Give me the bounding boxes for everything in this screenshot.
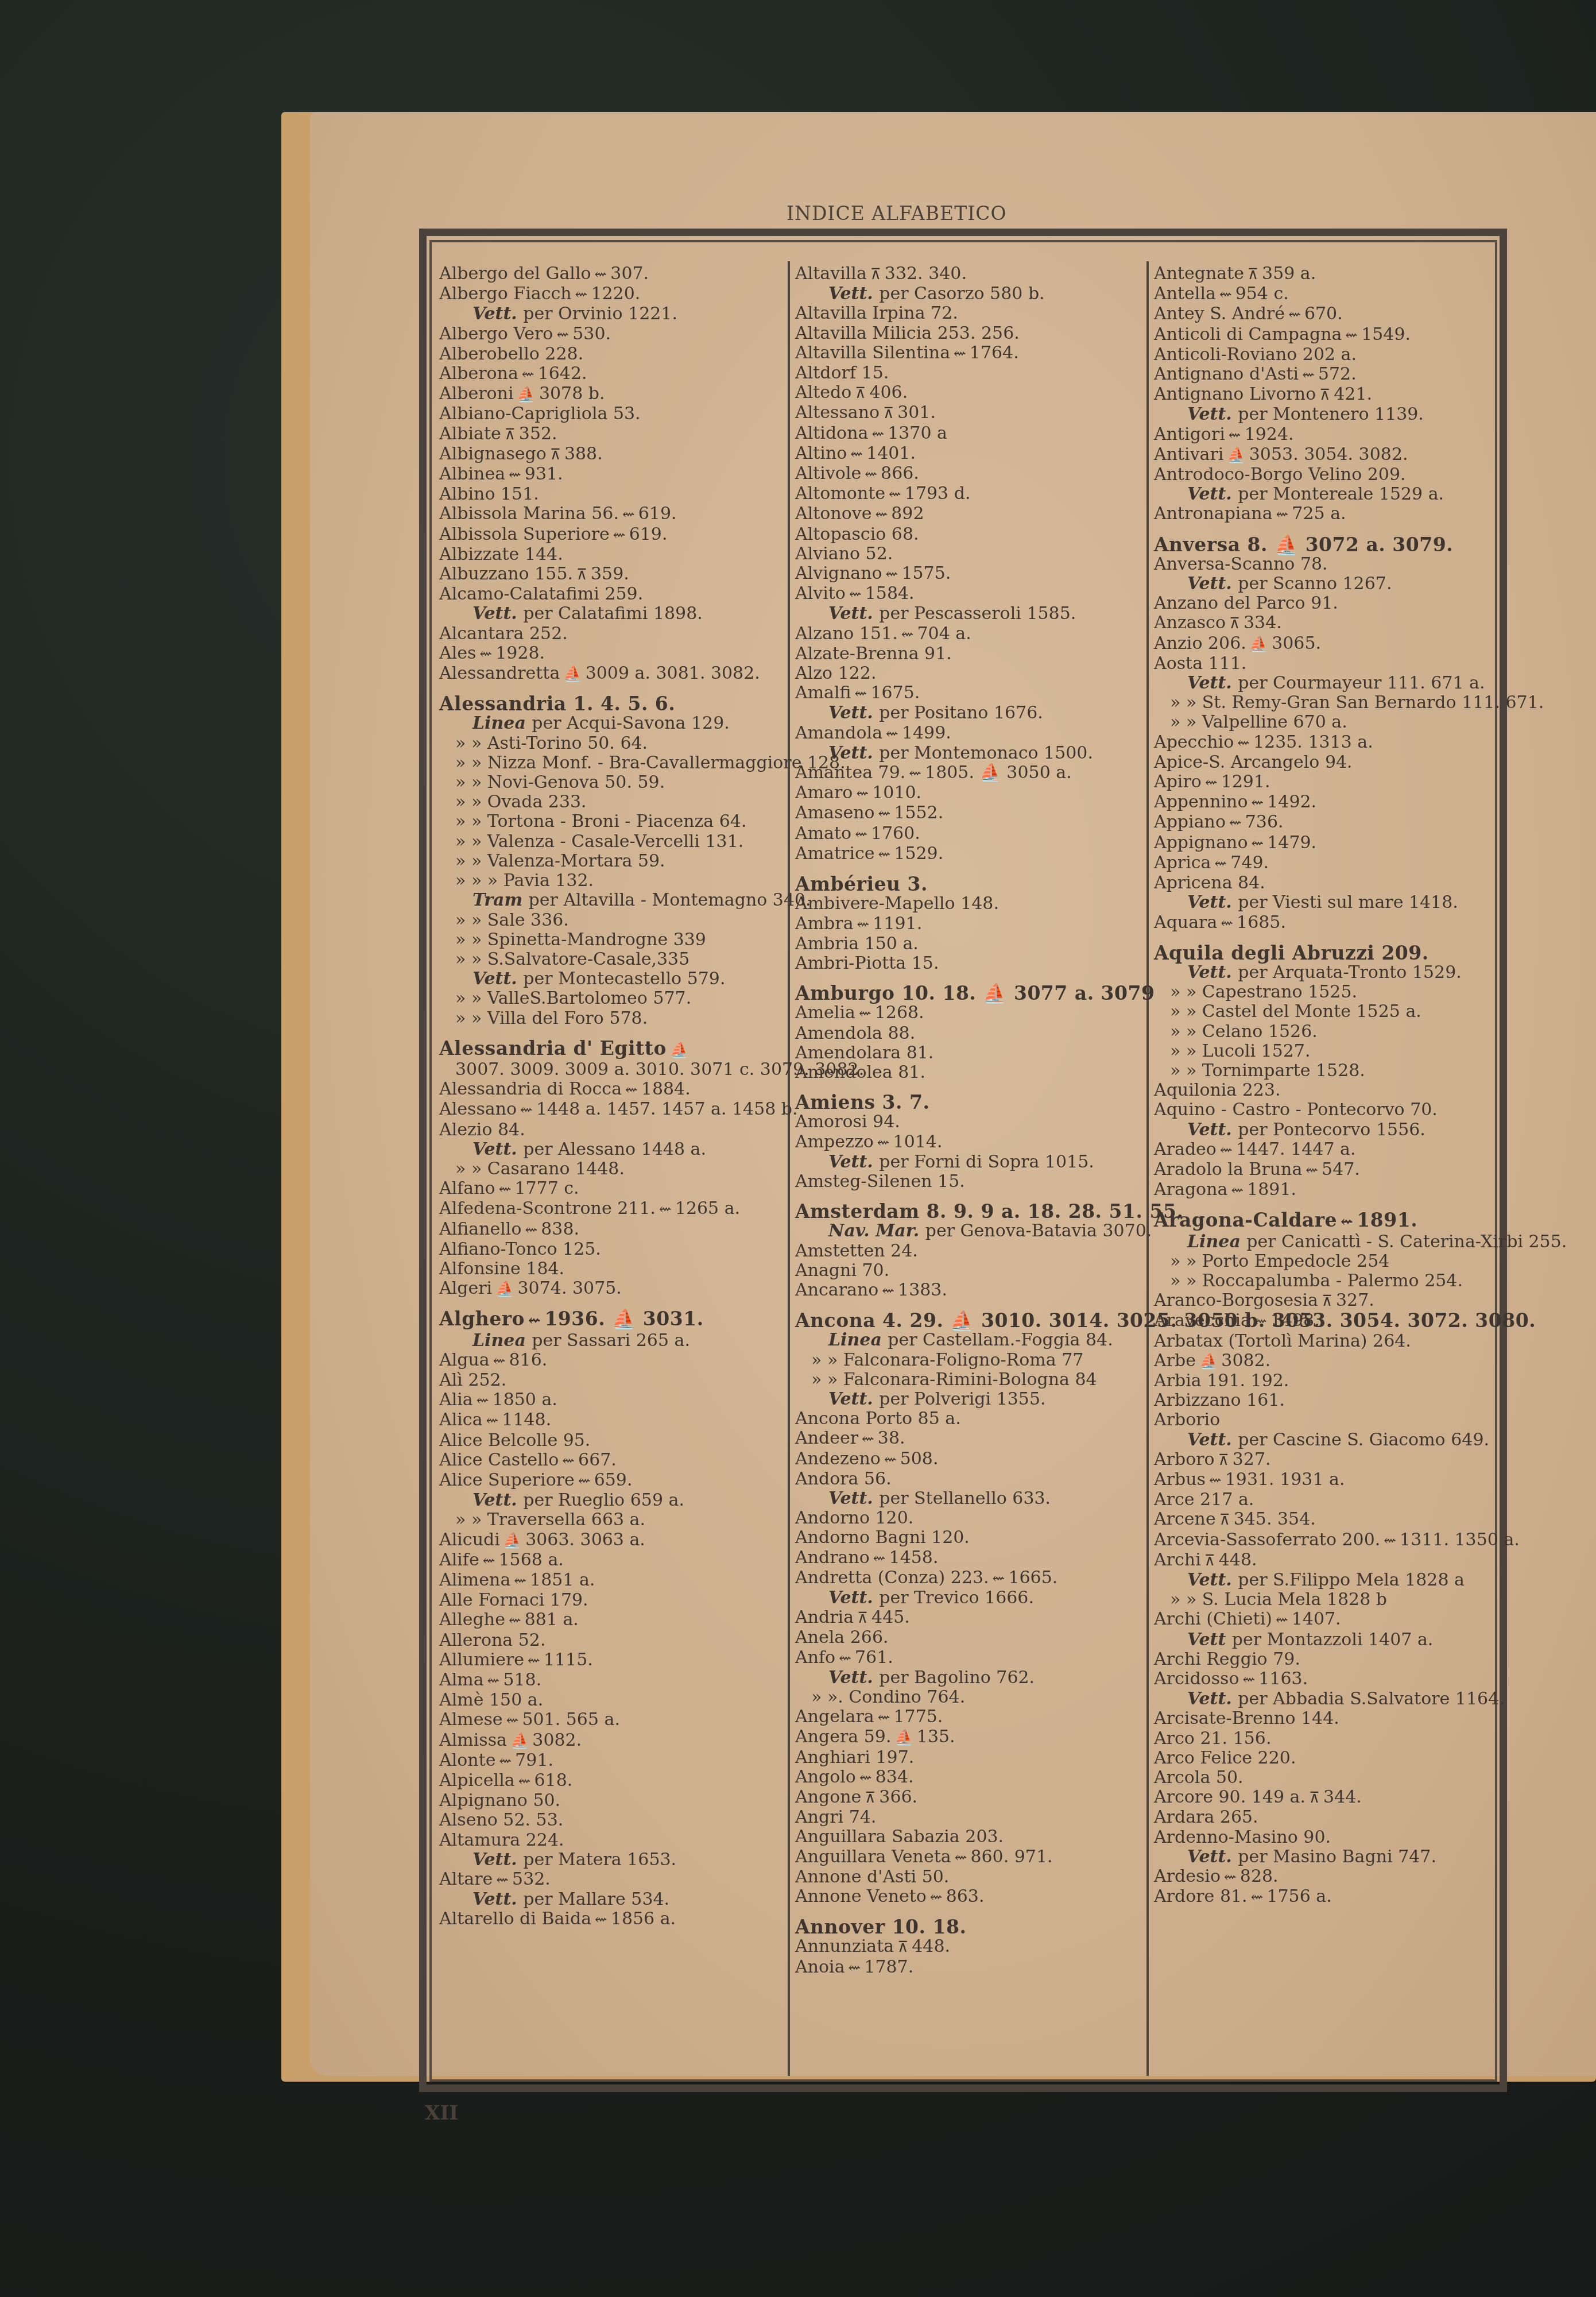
index-entry: Antey S. André⇜670. xyxy=(1154,304,1498,324)
coach-icon: ⇜ xyxy=(1205,773,1218,792)
entry-text: Andorno Bagni 120. xyxy=(795,1528,970,1548)
entry-text: » » » Pavia 132. xyxy=(455,871,594,891)
entry-text: Anzio 206. xyxy=(1154,633,1246,653)
transport-type-label: Vett. xyxy=(472,604,523,624)
entry-references: 619. xyxy=(629,524,668,544)
entry-references: 1552. xyxy=(894,803,943,823)
entry-references: 816. xyxy=(509,1350,547,1370)
index-entry: Aradeo⇜1447. 1447 a. xyxy=(1154,1140,1498,1160)
entry-text: per Forni di Sopra 1015. xyxy=(879,1152,1094,1172)
coach-icon: ⇜ xyxy=(509,1611,521,1630)
index-entry: Angolo⇜834. xyxy=(795,1768,1140,1788)
tram-station-icon: ⊼ xyxy=(1219,1510,1230,1530)
entry-text: » » Traversella 663 a. xyxy=(455,1510,645,1530)
entry-text: Alvignano xyxy=(795,563,882,583)
index-entry: Alle Fornaci 179. xyxy=(439,1591,784,1610)
index-heading: Aragona-Caldare⇜1891. xyxy=(1154,1211,1498,1232)
transport-type-label: Vett. xyxy=(472,1850,523,1870)
entry-text: Antella xyxy=(1154,284,1216,304)
tram-station-icon: ⊼ xyxy=(1229,614,1240,633)
index-entry: » » » Pavia 132. xyxy=(439,871,784,891)
coach-icon: ⇜ xyxy=(993,1569,1005,1588)
entry-text: Aradolo la Bruna xyxy=(1154,1159,1302,1180)
index-entry: Vett. per Bagolino 762. xyxy=(795,1668,1140,1688)
entry-text: Albizzate 144. xyxy=(439,544,563,564)
coach-icon: ⇜ xyxy=(496,1870,509,1890)
index-entry: Linea per Sassari 265 a. xyxy=(439,1331,784,1351)
index-entry: Amstetten 24. xyxy=(795,1242,1140,1261)
coach-icon: ⇜ xyxy=(857,915,870,934)
coach-icon: ⇜ xyxy=(487,1671,500,1691)
entry-text: Anguillara Veneta xyxy=(795,1847,951,1867)
coach-icon: ⇜ xyxy=(909,764,921,783)
index-entry: Annone Veneto⇜863. xyxy=(795,1887,1140,1907)
entry-text: » » Tortona - Broni - Piacenza 64. xyxy=(455,811,746,832)
entry-text: Amiens xyxy=(795,1091,876,1113)
index-entry: Alicudi⛵3063. 3063 a. xyxy=(439,1530,784,1550)
entry-text: » ». Condino 764. xyxy=(811,1687,965,1707)
index-entry: Amalfi⇜1675. xyxy=(795,683,1140,703)
index-entry: Albiate⊼352. xyxy=(439,424,784,444)
entry-text: Appennino xyxy=(1154,792,1248,812)
entry-text: Alcantara 252. xyxy=(439,624,568,644)
index-entry: Altonove⇜892 xyxy=(795,504,1140,524)
index-entry: Andeer⇜38. xyxy=(795,1429,1140,1449)
entry-references: 3074. 3075. xyxy=(518,1278,622,1298)
entry-text: per Montenero 1139. xyxy=(1238,404,1424,424)
entry-text: per Calatafimi 1898. xyxy=(523,604,703,624)
coach-icon: ⇜ xyxy=(871,424,884,444)
entry-text: Altamura 224. xyxy=(439,1830,564,1850)
index-entry: Arbatax (Tortolì Marina) 264. xyxy=(1154,1332,1498,1351)
index-entry: » » Villa del Foro 578. xyxy=(439,1009,784,1028)
entry-text: Algua xyxy=(439,1350,490,1370)
coach-icon: ⇜ xyxy=(875,505,888,524)
entry-references: 1665. xyxy=(1008,1568,1057,1588)
index-entry: » » Valenza - Casale-Vercelli 131. xyxy=(439,832,784,852)
coach-icon: ⇜ xyxy=(1237,733,1250,753)
entry-text: Albissola Superiore xyxy=(439,524,610,544)
entry-references: 828. xyxy=(1240,1866,1279,1886)
entry-text: Anela 266. xyxy=(795,1627,889,1648)
entry-references: 1936. ⛵ 3031. xyxy=(544,1308,703,1330)
entry-references: 881 a. xyxy=(525,1610,579,1630)
entry-references: 1499. xyxy=(902,723,951,743)
entry-references: 1148. xyxy=(502,1410,551,1430)
entry-text: Aprica xyxy=(1154,853,1211,873)
coach-icon: ⇜ xyxy=(578,1471,591,1491)
entry-references: 1584. xyxy=(865,583,915,604)
index-entry: Alì 252. xyxy=(439,1371,784,1390)
entry-references: 1777 c. xyxy=(514,1178,579,1198)
index-entry: Anghiari 197. xyxy=(795,1748,1140,1768)
index-entry: Arbizzano 161. xyxy=(1154,1391,1498,1410)
entry-references: 448. xyxy=(1219,1550,1257,1570)
entry-text: » » Asti-Torino 50. 64. xyxy=(455,733,648,753)
entry-text: per Masino Bagni 747. xyxy=(1238,1847,1436,1867)
entry-text: Antivari xyxy=(1154,444,1223,465)
index-entry: Allerona 52. xyxy=(439,1631,784,1650)
coach-icon: ⇜ xyxy=(878,845,891,864)
entry-text: Amandola xyxy=(795,723,882,743)
entry-references: 1311. 1350 a. xyxy=(1400,1530,1520,1550)
entry-text: Aravecchia xyxy=(1154,1310,1251,1331)
coach-icon: ⇜ xyxy=(1209,1471,1222,1490)
entry-references: 332. 340. xyxy=(885,264,967,284)
index-entry: Alberoni⛵3078 b. xyxy=(439,384,784,404)
index-entry: Altavilla Silentina⇜1764. xyxy=(795,343,1140,364)
entry-references: 670. xyxy=(1304,304,1343,324)
entry-references: 1447. 1447 a. xyxy=(1236,1139,1356,1159)
entry-references: 1764. xyxy=(970,343,1019,363)
entry-text: Annunziata xyxy=(795,1936,894,1956)
index-entry: Alia⇜1850 a. xyxy=(439,1390,784,1410)
index-entry: Amatrice⇜1529. xyxy=(795,844,1140,864)
ship-icon: ⛵ xyxy=(1250,635,1268,654)
entry-text: » » Casarano 1448. xyxy=(455,1159,625,1179)
entry-text: Aradeo xyxy=(1154,1139,1217,1159)
entry-text: Antey S. André xyxy=(1154,304,1285,324)
entry-references: 892 xyxy=(891,504,924,524)
entry-references: 1191. xyxy=(873,914,922,934)
index-entry: Arbus⇜1931. 1931 a. xyxy=(1154,1470,1498,1490)
index-entry: Alessandretta⛵3009 a. 3081. 3082. xyxy=(439,664,784,684)
coach-icon: ⇜ xyxy=(528,1651,540,1670)
entry-text: Alviano 52. xyxy=(795,544,893,564)
index-entry: Altessano⊼301. xyxy=(795,403,1140,423)
entry-text: Altessano xyxy=(795,403,880,423)
transport-type-label: Vett. xyxy=(828,1488,879,1509)
coach-icon: ⇜ xyxy=(1341,1212,1353,1232)
index-entry: Altare⇜532. xyxy=(439,1870,784,1890)
tram-station-icon: ⊼ xyxy=(550,445,561,465)
entry-references: 863. xyxy=(946,1886,985,1907)
index-entry: Apiro⇜1291. xyxy=(1154,772,1498,792)
transport-type-label: Vett. xyxy=(1187,484,1238,504)
entry-text: Arboro xyxy=(1154,1449,1215,1470)
coach-icon: ⇜ xyxy=(886,564,898,584)
index-entry: Anticoli di Campagna⇜1549. xyxy=(1154,325,1498,345)
entry-references: 1775. xyxy=(893,1707,943,1727)
entry-text: Albergo Fiacch xyxy=(439,284,572,304)
coach-icon: ⇜ xyxy=(955,1848,967,1867)
index-entry: » » Roccapalumba - Palermo 254. xyxy=(1154,1271,1498,1291)
entry-text: Albergo Vero xyxy=(439,324,553,344)
ship-icon: ⛵ xyxy=(503,1531,522,1550)
index-entry: Antrodoco-Borgo Velino 209. xyxy=(1154,465,1498,485)
transport-type-label: Linea xyxy=(828,1330,888,1350)
transport-type-label: Vett. xyxy=(1187,1120,1238,1140)
index-entry: Ardara 265. xyxy=(1154,1808,1498,1827)
index-entry: Amandola⇜1499. xyxy=(795,724,1140,744)
entry-references: degli Abruzzi 209. xyxy=(1224,942,1429,964)
page-title: INDICE ALFABETICO xyxy=(787,202,1188,225)
coach-icon: ⇜ xyxy=(493,1351,506,1371)
index-entry: Altidona⇜1370 a xyxy=(795,424,1140,444)
index-entry: Albizzate 144. xyxy=(439,545,784,564)
index-entry: Vett. per Calatafimi 1898. xyxy=(439,604,784,624)
coach-icon: ⇜ xyxy=(622,505,635,524)
index-heading: Annover 10. 18. xyxy=(795,1917,1140,1937)
entry-text: Ardara 265. xyxy=(1154,1807,1258,1827)
index-entry: Anversa-Scanno 78. xyxy=(1154,555,1498,574)
index-entry: Albiano-Caprigliola 53. xyxy=(439,404,784,424)
entry-text: per Rueglio 659 a. xyxy=(523,1490,684,1510)
index-entry: Alseno 52. 53. xyxy=(439,1811,784,1830)
index-entry: Albinea⇜931. xyxy=(439,465,784,485)
entry-references: 3. 7. xyxy=(876,1091,930,1113)
index-entry: Vett. per Pontecorvo 1556. xyxy=(1154,1120,1498,1140)
coach-icon: ⇜ xyxy=(1288,305,1301,324)
index-entry: Aosta 111. xyxy=(1154,654,1498,674)
entry-text: per Arquata-Tronto 1529. xyxy=(1238,962,1462,983)
index-entry: Alfedena-Scontrone 211.⇜1265 a. xyxy=(439,1199,784,1219)
entry-text: Alessandria di Rocca xyxy=(439,1079,622,1099)
entry-text: Amburgo xyxy=(795,982,895,1004)
index-heading: Amsterdam 8. 9. 9 a. 18. 28. 51. 55. xyxy=(795,1202,1140,1221)
entry-text: Alfianello xyxy=(439,1219,521,1239)
entry-text: Ancona Porto 85 a. xyxy=(795,1409,961,1429)
entry-text: Alghero xyxy=(439,1308,525,1330)
transport-type-label: Vett. xyxy=(1187,892,1238,912)
entry-text: Albignasego xyxy=(439,444,547,464)
index-entry: Albino 151. xyxy=(439,485,784,504)
entry-text: Altarello di Baida xyxy=(439,1909,591,1929)
entry-text: Apricena 84. xyxy=(1154,873,1265,893)
index-entry: Ampezzo⇜1014. xyxy=(795,1132,1140,1153)
entry-references: 3078 b. xyxy=(539,384,605,404)
index-entry: Albergo Vero⇜530. xyxy=(439,324,784,345)
coach-icon: ⇜ xyxy=(930,1888,943,1907)
index-entry: Almè 150 a. xyxy=(439,1691,784,1710)
entry-text: Alì 252. xyxy=(439,1370,506,1390)
entry-text: per Montecastello 579. xyxy=(523,969,725,989)
index-entry: Alfonsine 184. xyxy=(439,1259,784,1279)
coach-icon: ⇜ xyxy=(625,1080,638,1100)
entry-text: Alvito xyxy=(795,583,846,604)
index-entry: Annunziata⊼448. xyxy=(795,1937,1140,1957)
coach-icon: ⇜ xyxy=(514,1571,526,1591)
index-entry: Anzio 206.⛵3065. xyxy=(1154,634,1498,654)
entry-text: Anghiari 197. xyxy=(795,1747,914,1768)
entry-references: 8. 9. 9 a. 18. 28. 51. 55. xyxy=(920,1200,1184,1223)
transport-type-label: Vett. xyxy=(472,1889,523,1909)
index-entry: » » Castel del Monte 1525 a. xyxy=(1154,1002,1498,1022)
coach-icon: ⇜ xyxy=(595,1910,607,1929)
entry-text: Alberobello 228. xyxy=(439,344,583,364)
coach-icon: ⇜ xyxy=(862,1429,874,1449)
coach-icon: ⇜ xyxy=(877,1133,890,1153)
entry-text: » » ValleS.Bartolomeo 577. xyxy=(455,988,691,1008)
entry-text: Amstetten 24. xyxy=(795,1241,918,1261)
index-entry: Altopascio 68. xyxy=(795,525,1140,544)
index-entry: Alleghe⇜881 a. xyxy=(439,1610,784,1630)
index-entry: Antignano d'Asti⇜572. xyxy=(1154,365,1498,385)
index-entry: Vett. per S.Filippo Mela 1828 a xyxy=(1154,1571,1498,1590)
entry-text: Arbe xyxy=(1154,1351,1196,1371)
index-entry: Antivari⛵3053. 3054. 3082. xyxy=(1154,445,1498,465)
entry-references: 135. xyxy=(917,1727,955,1747)
index-entry: Amorosi 94. xyxy=(795,1112,1140,1132)
entry-text: Arcidosso xyxy=(1154,1669,1239,1689)
index-entry: Arce 217 a. xyxy=(1154,1490,1498,1510)
coach-icon: ⇜ xyxy=(889,485,901,504)
tram-station-icon: ⊼ xyxy=(1319,385,1330,405)
coach-icon: ⇜ xyxy=(522,365,534,384)
index-entry: Angera 59.⛵135. xyxy=(795,1727,1140,1747)
index-entry: Vett. per Forni di Sopra 1015. xyxy=(795,1153,1140,1172)
entry-text: Aosta 111. xyxy=(1154,653,1246,674)
index-entry: Antronapiana⇜725 a. xyxy=(1154,504,1498,524)
entry-text: » » Valenza - Casale-Vercelli 131. xyxy=(455,832,743,852)
entry-text: Arcevia-Sassoferrato 200. xyxy=(1154,1530,1380,1550)
index-entry: Andorno 120. xyxy=(795,1509,1140,1528)
index-entry: » » ValleS.Bartolomeo 577. xyxy=(439,989,784,1008)
entry-text: Altidona xyxy=(795,423,868,443)
entry-references: 1787. xyxy=(864,1957,913,1977)
entry-text: » » Falconara-Rimini-Bologna 84 xyxy=(811,1370,1097,1390)
transport-type-label: Vett xyxy=(1187,1630,1232,1650)
index-entry: Albignasego⊼388. xyxy=(439,444,784,465)
index-entry: Altedo⊼406. xyxy=(795,383,1140,403)
entry-text: Antronapiana xyxy=(1154,504,1273,524)
index-entry: Appiano⇜736. xyxy=(1154,813,1498,833)
entry-references: 3. xyxy=(901,873,928,895)
index-entry: Ancona Porto 85 a. xyxy=(795,1409,1140,1429)
index-entry: Alviano 52. xyxy=(795,544,1140,564)
index-entry: Andria⊼445. xyxy=(795,1608,1140,1628)
index-entry: Anoia⇜1787. xyxy=(795,1958,1140,1978)
entry-references: 1931. 1931 a. xyxy=(1225,1470,1345,1490)
coach-icon: ⇜ xyxy=(859,1768,872,1788)
index-entry: Andorno Bagni 120. xyxy=(795,1528,1140,1548)
transport-type-label: Vett. xyxy=(1187,673,1238,693)
entry-text: Allerona 52. xyxy=(439,1630,545,1650)
transport-type-label: Linea xyxy=(1187,1232,1246,1252)
entry-text: per Montazzoli 1407 a. xyxy=(1232,1630,1434,1650)
entry-text: per Positano 1676. xyxy=(879,703,1043,723)
entry-text: per Castellam.-Foggia 84. xyxy=(888,1330,1113,1350)
index-entry: Almese⇜501. 565 a. xyxy=(439,1710,784,1730)
index-entry: Appignano⇜1479. xyxy=(1154,833,1498,853)
page-number: XII xyxy=(425,2102,458,2125)
entry-references: 618. xyxy=(534,1770,573,1791)
entry-text: per Genova-Batavia 3070. xyxy=(925,1221,1152,1241)
index-entry: Alma⇜518. xyxy=(439,1670,784,1691)
coach-icon: ⇜ xyxy=(479,644,492,664)
entry-references: 445. xyxy=(871,1607,910,1627)
entry-text: Albino 151. xyxy=(439,484,539,504)
entry-text: Ambra xyxy=(795,914,854,934)
entry-text: Albuzzano 155. xyxy=(439,564,573,584)
entry-text: Alessandretta xyxy=(439,663,560,683)
index-entry: » » Capestrano 1525. xyxy=(1154,983,1498,1002)
coach-icon: ⇜ xyxy=(886,724,898,744)
entry-text: Alimena xyxy=(439,1570,510,1590)
index-entry: Vett. per Montereale 1529 a. xyxy=(1154,485,1498,504)
index-entry: » » Falconara-Foligno-Roma 77 xyxy=(795,1351,1140,1370)
entry-text: Alessano xyxy=(439,1099,517,1119)
entry-text: Appignano xyxy=(1154,833,1248,853)
transport-type-label: Nav. Mar. xyxy=(828,1221,925,1241)
transport-type-label: Vett. xyxy=(828,1152,879,1172)
index-entry: Apecchio⇜1235. 1313 a. xyxy=(1154,733,1498,753)
entry-references: 749. xyxy=(1230,853,1269,873)
index-entry: Algua⇜816. xyxy=(439,1351,784,1371)
entry-references: 1268. xyxy=(875,1003,924,1023)
index-entry: Angelara⇜1775. xyxy=(795,1707,1140,1727)
index-entry: Aprica⇜749. xyxy=(1154,853,1498,873)
index-entry: Alcamo-Calatafimi 259. xyxy=(439,585,784,604)
index-entry: Archi⊼448. xyxy=(1154,1550,1498,1571)
entry-text: Andrano xyxy=(795,1548,870,1568)
transport-type-label: Vett. xyxy=(828,1668,879,1688)
index-heading: Aquila degli Abruzzi 209. xyxy=(1154,943,1498,963)
entry-text: Alberona xyxy=(439,364,518,384)
entry-text: Antignano Livorno xyxy=(1154,384,1316,404)
coach-icon: ⇜ xyxy=(859,1004,871,1023)
entry-text: » » Sale 336. xyxy=(455,910,569,930)
entry-text: Anversa xyxy=(1154,533,1241,556)
column-divider-right xyxy=(1146,261,1149,2076)
index-entry: Anguillara Veneta⇜860. 971. xyxy=(795,1847,1140,1867)
entry-text: » » Nizza Monf. - Bra-Cavallermaggiore 1… xyxy=(455,753,846,773)
entry-references: 501. 565 a. xyxy=(522,1710,620,1730)
entry-text: per Abbadia S.Salvatore 1164. xyxy=(1238,1689,1505,1709)
index-entry: » » Porto Empedocle 254 xyxy=(1154,1252,1498,1271)
entry-text: Ambria 150 a. xyxy=(795,934,919,954)
coach-icon: ⇜ xyxy=(954,344,966,364)
index-entry: » » Casarano 1448. xyxy=(439,1159,784,1179)
entry-text: Appiano xyxy=(1154,812,1226,832)
entry-references: 3082. xyxy=(532,1730,582,1750)
entry-references: 1014. xyxy=(893,1132,943,1152)
entry-text: Anticoli-Roviano 202 a. xyxy=(1154,345,1357,365)
index-entry: Alessandria di Rocca⇜1884. xyxy=(439,1080,784,1100)
entry-references: 1370 a xyxy=(888,423,947,443)
coach-icon: ⇜ xyxy=(1224,1867,1237,1887)
entry-text: Alseno 52. 53. xyxy=(439,1810,563,1830)
entry-text: Apice-S. Arcangelo 94. xyxy=(1154,752,1353,772)
index-entry: Vett. per Polverigi 1355. xyxy=(795,1390,1140,1409)
index-entry: Amsteg-Silenen 15. xyxy=(795,1172,1140,1192)
index-entry: Alice Belcolle 95. xyxy=(439,1431,784,1451)
entry-text: Aragona xyxy=(1154,1180,1227,1200)
index-entry: Andrano⇜1458. xyxy=(795,1548,1140,1568)
index-entry: Vett. per Pescasseroli 1585. xyxy=(795,604,1140,624)
entry-references: 1492. xyxy=(1267,792,1316,812)
transport-type-label: Vett. xyxy=(1187,1689,1238,1709)
entry-text: Archi xyxy=(1154,1550,1201,1570)
entry-text: Aranco-Borgosesia xyxy=(1154,1290,1318,1310)
entry-text: Ancona xyxy=(795,1309,876,1332)
index-heading: Alghero⇜1936. ⛵ 3031. xyxy=(439,1309,784,1331)
index-entry: Amelia⇜1268. xyxy=(795,1003,1140,1023)
tram-station-icon: ⊼ xyxy=(857,1608,868,1628)
tram-station-icon: ⊼ xyxy=(865,1788,876,1808)
entry-text: Alzate-Brenna 91. xyxy=(795,644,952,664)
index-entry: Alfano⇜1777 c. xyxy=(439,1179,784,1199)
index-entry: Aragona⇜1891. xyxy=(1154,1180,1498,1200)
entry-text: Arce 217 a. xyxy=(1154,1490,1254,1510)
entry-text: Arbizzano 161. xyxy=(1154,1390,1285,1410)
entry-text: per Sassari 265 a. xyxy=(532,1331,690,1351)
index-heading: Amburgo 10. 18. ⛵ 3077 a. 3079 xyxy=(795,984,1140,1003)
entry-text: per Courmayeur 111. 671 a. xyxy=(1238,673,1485,693)
entry-references: 1756 a. xyxy=(1266,1886,1331,1907)
entry-text: Altare xyxy=(439,1869,493,1889)
entry-text: Angri 74. xyxy=(795,1807,876,1827)
